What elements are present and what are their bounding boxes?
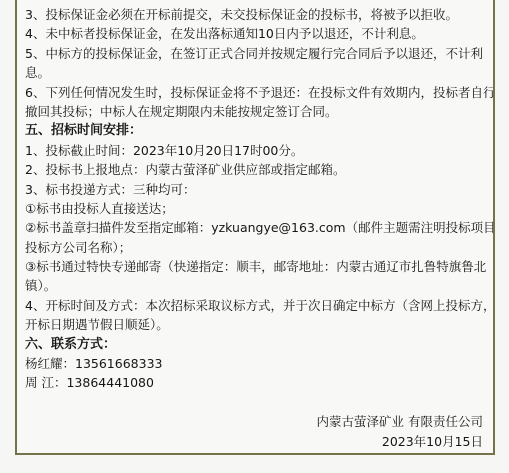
delivery-methods-line: 3、标书投递方式：三种均可： — [25, 180, 483, 199]
rule-6-line: 6、下列任何情况发生时，投标保证金将不予退还：在投标文件有效期内，投标者自行 — [25, 83, 483, 102]
bid-deadline-line: 1、投标截止时间：2023年10月20日17时00分。 — [25, 141, 483, 160]
document-panel: 3、投标保证金必须在开标前提交，未交投标保证金的投标书，将被予以拒收。4、未中标… — [15, 0, 495, 455]
delivery-method-2-line: ②标书盖章扫描件发至指定邮箱：yzkuangye@163.com（邮件主题需注明… — [25, 218, 483, 237]
signature-date-line: 2023年10月15日 — [25, 432, 483, 451]
spacer-line — [25, 393, 483, 412]
company-signature-line: 内蒙古萤泽矿业 有限责任公司 — [25, 412, 483, 431]
section-5-heading: 五、招标时间安排： — [25, 121, 483, 140]
document-body: 3、投标保证金必须在开标前提交，未交投标保证金的投标书，将被予以拒收。4、未中标… — [17, 0, 493, 451]
delivery-method-1-line: ①标书由投标人直接送达； — [25, 199, 483, 218]
rule-5-wrap-line: 息。 — [25, 63, 483, 82]
bid-opening-wrap-line: 开标日期遇节假日顺延）。 — [25, 315, 483, 334]
contact-zhou-line: 周 江：13864441080 — [25, 373, 483, 392]
rule-4-line: 4、未中标者投标保证金，在发出落标通知10日内予以退还，不计利息。 — [25, 24, 483, 43]
rule-3-line: 3、投标保证金必须在开标前提交，未交投标保证金的投标书，将被予以拒收。 — [25, 5, 483, 24]
bid-submit-location-line: 2、投标书上报地点：内蒙古萤泽矿业供应部或指定邮箱。 — [25, 160, 483, 179]
rule-5-line: 5、中标方的投标保证金，在签订正式合同并按规定履行完合同后予以退还，不计利 — [25, 44, 483, 63]
section-6-heading: 六、联系方式： — [25, 335, 483, 354]
bid-opening-line: 4、开标时间及方式：本次招标采取议标方式，并于次日确定中标方（含网上投标方， — [25, 296, 483, 315]
contact-yang-line: 杨红耀：13561668333 — [25, 354, 483, 373]
rule-6-wrap-line: 撤回其投标；中标人在规定期限内未能按规定签订合同。 — [25, 102, 483, 121]
delivery-method-3-line: ③标书通过特快专递邮寄（快递指定：顺丰，邮寄地址：内蒙古通辽市扎鲁特旗鲁北 — [25, 257, 483, 276]
delivery-method-3-wrap-line: 镇）。 — [25, 276, 483, 295]
delivery-method-2-wrap-line: 投标方公司名称）； — [25, 238, 483, 257]
